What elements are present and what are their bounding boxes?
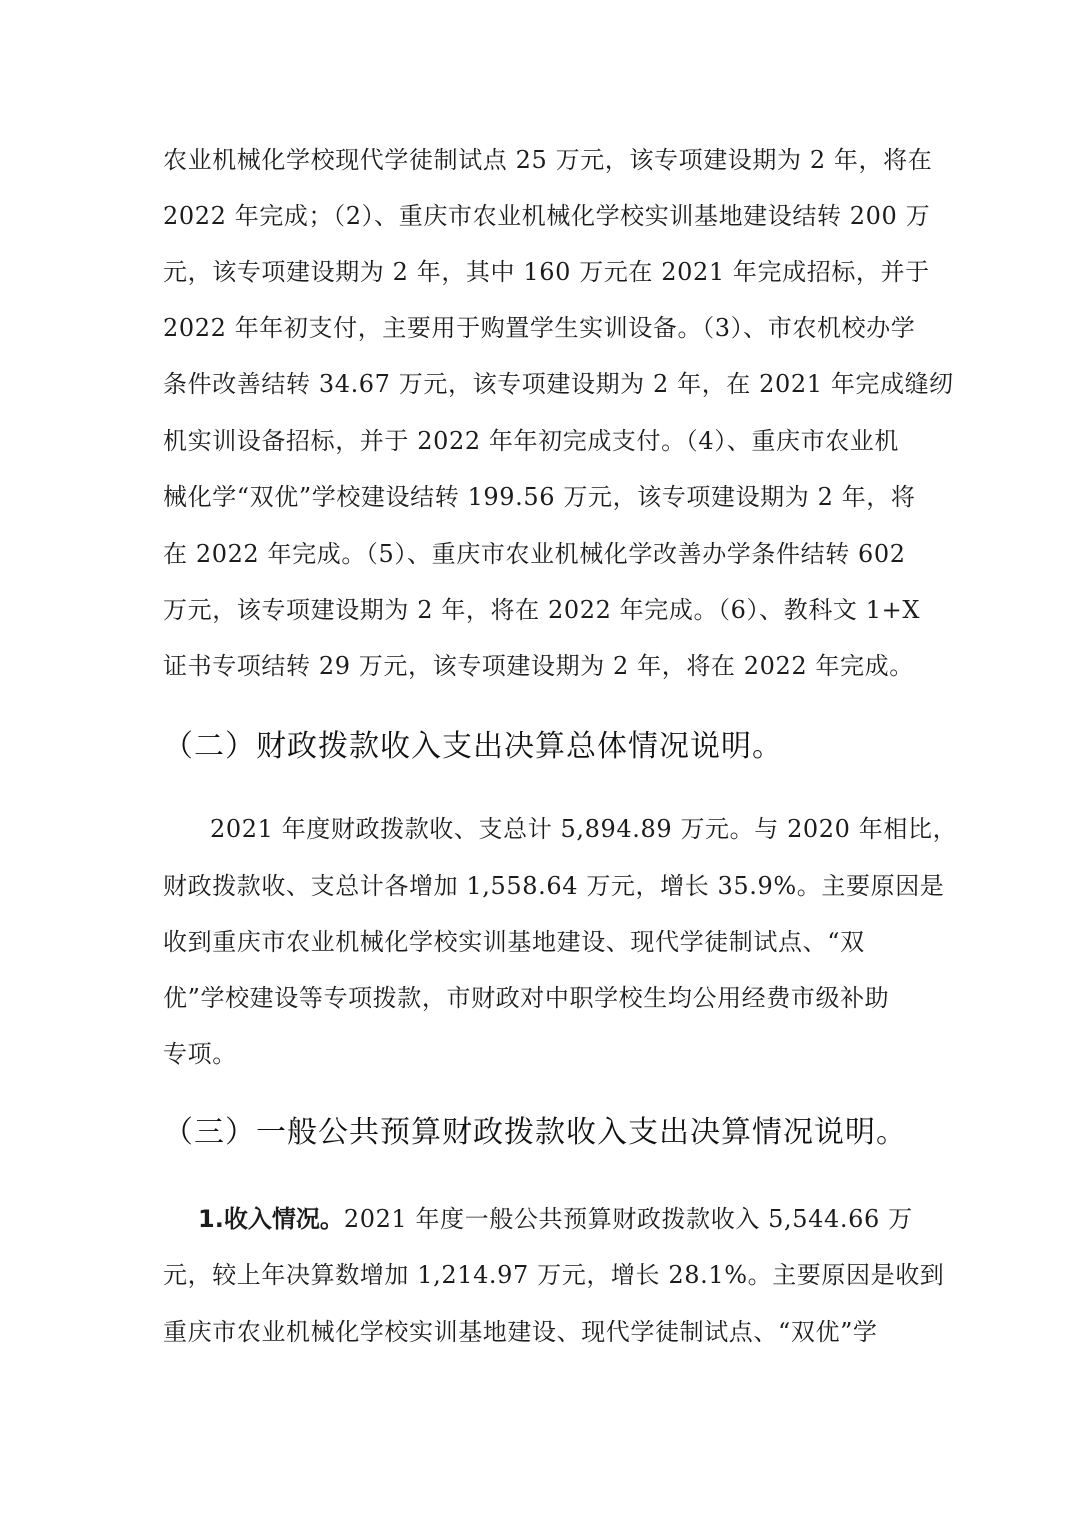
text-line: 农业机械化学校现代学徒制试点 25 万元，该专项建设期为 2 年，将在	[163, 144, 932, 176]
text-line: 在 2022 年完成。（5）、重庆市农业机械化学改善办学条件结转 602	[163, 538, 906, 570]
text-line: 元，较上年决算数增加 1,214.97 万元，增长 28.1%。主要原因是收到	[163, 1259, 944, 1291]
text-line: 元，该专项建设期为 2 年，其中 160 万元在 2021 年完成招标，并于	[163, 256, 930, 288]
document-page: 农业机械化学校现代学徒制试点 25 万元，该专项建设期为 2 年，将在 2022…	[0, 0, 1075, 1520]
text-line: 2022 年完成；（2）、重庆市农业机械化学校实训基地建设结转 200 万	[163, 200, 930, 232]
text-line: 2022 年年初支付，主要用于购置学生实训设备。（3）、市农机校办学	[163, 312, 915, 344]
text-line: 重庆市农业机械化学校实训基地建设、现代学徒制试点、“双优”学	[163, 1316, 878, 1348]
text-line: 万元，该专项建设期为 2 年，将在 2022 年完成。（6）、教科文 1+X	[163, 594, 920, 626]
text-line: 机实训设备招标，并于 2022 年年初完成支付。（4）、重庆市农业机	[163, 425, 899, 457]
text-line: 2021 年度财政拨款收、支总计 5,894.89 万元。与 2020 年相比，	[210, 813, 957, 845]
income-first-line-text: 2021 年度一般公共预算财政拨款收入 5,544.66 万	[344, 1205, 913, 1233]
text-line: 械化学“双优”学校建设结转 199.56 万元，该专项建设期为 2 年，将	[163, 481, 916, 513]
text-line: 证书专项结转 29 万元，该专项建设期为 2 年，将在 2022 年完成。	[163, 650, 914, 682]
text-line: 条件改善结转 34.67 万元，该专项建设期为 2 年，在 2021 年完成缝纫	[163, 368, 954, 400]
text-line: 专项。	[163, 1038, 237, 1070]
text-line: 1.收入情况。2021 年度一般公共预算财政拨款收入 5,544.66 万	[198, 1203, 913, 1235]
section2-heading: （二）财政拨款收入支出决算总体情况说明。	[163, 727, 783, 767]
text-line: 收到重庆市农业机械化学校实训基地建设、现代学徒制试点、“双	[163, 926, 865, 958]
text-line: 优”学校建设等专项拨款，市财政对中职学校生均公用经费市级补助	[163, 982, 889, 1014]
text-line: 财政拨款收、支总计各增加 1,558.64 万元，增长 35.9%。主要原因是	[163, 870, 944, 902]
section3-heading: （三）一般公共预算财政拨款收入支出决算情况说明。	[163, 1113, 907, 1153]
income-lead-label: 1.收入情况。	[198, 1205, 344, 1233]
